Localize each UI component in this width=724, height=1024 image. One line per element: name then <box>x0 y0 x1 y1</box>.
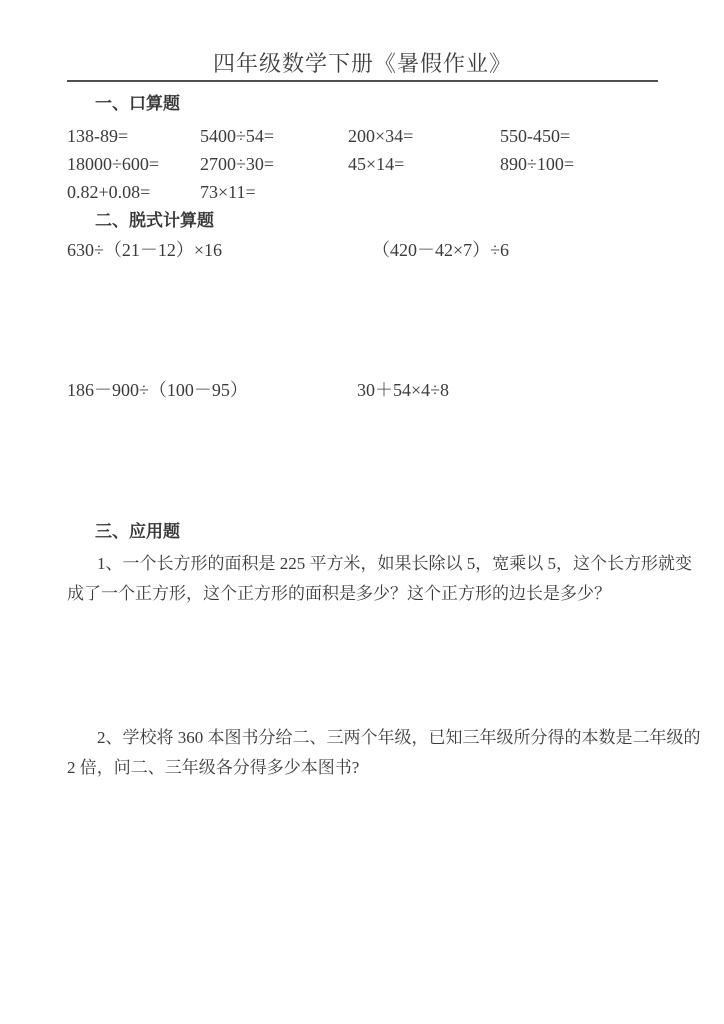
stepwise-row: 186－900÷（100－95） 30＋54×4÷8 <box>67 380 658 400</box>
oral-problem: 200×34= <box>348 122 413 150</box>
page-title: 四年级数学下册《暑假作业》 <box>67 51 658 77</box>
oral-problem: 550-450= <box>500 122 570 150</box>
word-problem-line: 成了一个正方形，这个正方形的面积是多少？这个正方形的边长是多少？ <box>67 579 658 609</box>
oral-row: 18000÷600= 2700÷30= 45×14= 890÷100= <box>67 150 658 178</box>
word-problem-line: 2、学校将 360 本图书分给二、三两个年级，已知三年级所分得的本数是二年级的 <box>67 723 658 753</box>
oral-row: 0.82+0.08= 73×11= <box>67 178 658 206</box>
section-heading-oral-calculation: 一、口算题 <box>67 95 658 113</box>
section-heading-stepwise-calculation: 二、脱式计算题 <box>67 212 658 230</box>
stepwise-problem: 630÷（21－12）×16 <box>67 240 222 260</box>
section-heading-word-problems: 三、应用题 <box>67 523 658 541</box>
oral-problem: 890÷100= <box>500 150 574 178</box>
word-problem-line: 1、一个长方形的面积是 225 平方米，如果长除以 5，宽乘以 5，这个长方形就… <box>67 549 658 579</box>
page-header: 四年级数学下册《暑假作业》 <box>67 0 658 82</box>
oral-problem-grid: 138-89= 5400÷54= 200×34= 550-450= 18000÷… <box>67 122 658 206</box>
stepwise-problem: 30＋54×4÷8 <box>357 380 449 400</box>
word-problem-2: 2、学校将 360 本图书分给二、三两个年级，已知三年级所分得的本数是二年级的 … <box>67 723 658 783</box>
oral-problem: 73×11= <box>200 178 256 206</box>
oral-row: 138-89= 5400÷54= 200×34= 550-450= <box>67 122 658 150</box>
word-problem-1: 1、一个长方形的面积是 225 平方米，如果长除以 5，宽乘以 5，这个长方形就… <box>67 549 658 609</box>
worksheet-page: 四年级数学下册《暑假作业》 一、口算题 138-89= 5400÷54= 200… <box>0 0 724 1024</box>
oral-problem: 0.82+0.08= <box>67 178 150 206</box>
oral-problem: 138-89= <box>67 122 128 150</box>
oral-problem: 18000÷600= <box>67 150 159 178</box>
oral-problem: 45×14= <box>348 150 404 178</box>
stepwise-problem: （420－42×7）÷6 <box>372 240 509 260</box>
stepwise-problem: 186－900÷（100－95） <box>67 380 248 400</box>
word-problem-line: 2 倍，问二、三年级各分得多少本图书? <box>67 753 658 783</box>
oral-problem: 2700÷30= <box>200 150 274 178</box>
stepwise-row: 630÷（21－12）×16 （420－42×7）÷6 <box>67 240 658 260</box>
oral-problem: 5400÷54= <box>200 122 274 150</box>
